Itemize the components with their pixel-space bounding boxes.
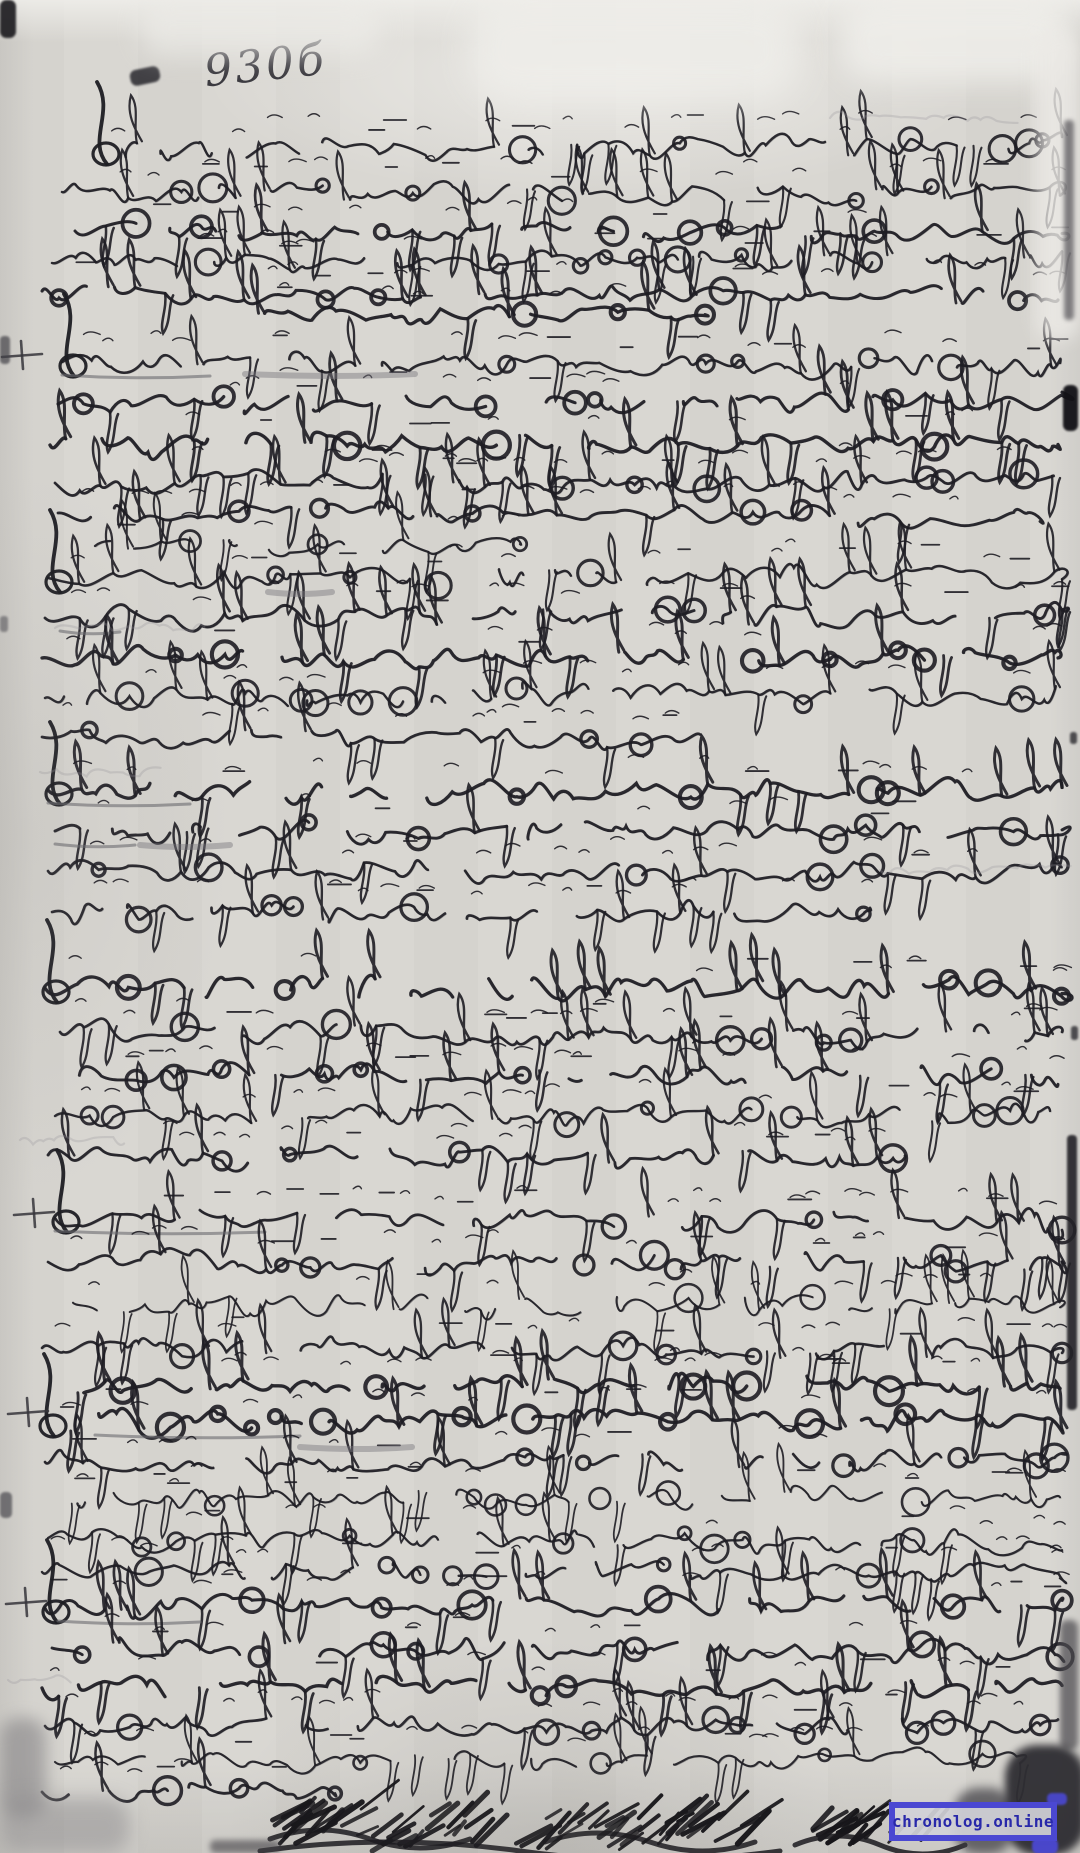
handwriting-flourish — [1017, 1536, 1030, 1539]
handwriting-flourish — [432, 1239, 440, 1242]
handwriting-flourish — [685, 573, 696, 613]
handwriting-flourish — [505, 1162, 516, 1202]
handwriting-flourish — [258, 708, 268, 711]
handwriting-flourish — [845, 1189, 861, 1192]
handwriting-line-echo — [43, 646, 1062, 669]
handwriting-flourish — [487, 99, 499, 147]
handwriting-flourish — [76, 999, 86, 1002]
handwriting-flourish — [120, 837, 137, 840]
handwriting-flourish — [735, 264, 751, 267]
handwriting-flourish — [368, 931, 380, 979]
handwriting-flourish — [222, 1216, 233, 1256]
handwriting-flourish — [275, 331, 289, 334]
handwriting-flourish — [710, 912, 721, 952]
handwriting-flourish — [649, 1283, 664, 1286]
handwriting-flourish — [698, 335, 710, 338]
handwriting-flourish — [417, 1080, 428, 1120]
handwriting-flourish — [642, 107, 654, 155]
handwriting-flourish — [490, 583, 498, 586]
handwriting-flourish — [660, 1695, 671, 1735]
handwriting-flourish — [874, 1464, 886, 1467]
handwriting-flourish — [869, 141, 881, 189]
handwriting-flourish — [614, 1669, 626, 1717]
handwriting-flourish — [795, 791, 806, 831]
showthrough-mark — [20, 1136, 124, 1145]
handwriting-flourish — [639, 1080, 650, 1083]
handwriting-flourish — [822, 269, 833, 272]
handwriting-flourish — [242, 1027, 254, 1075]
handwriting-flourish — [546, 770, 563, 773]
handwriting-flourish — [1002, 1082, 1010, 1085]
handwriting-flourish — [937, 150, 949, 198]
handwriting-line-echo — [49, 565, 1069, 589]
handwriting-flourish — [417, 1640, 429, 1688]
handwriting-flourish — [981, 1273, 991, 1276]
handwriting-flourish — [240, 1134, 250, 1137]
handwriting-flourish — [795, 1663, 805, 1666]
handwriting-flourish — [166, 1049, 175, 1052]
handwriting-flourish — [141, 1543, 157, 1546]
initial-flourish — [64, 294, 74, 376]
handwriting-flourish — [93, 438, 105, 486]
handwriting-flourish — [384, 1230, 395, 1233]
handwriting-flourish — [237, 207, 249, 255]
handwriting-flourish — [1054, 965, 1071, 968]
handwriting-flourish — [1053, 968, 1066, 971]
handwriting-flourish — [912, 1573, 923, 1613]
handwriting-flourish — [244, 1399, 258, 1402]
handwriting-flourish — [763, 1695, 777, 1698]
handwriting-flourish — [519, 333, 537, 336]
handwriting-flourish — [609, 534, 621, 582]
handwriting-flourish — [563, 888, 572, 891]
handwriting-flourish — [200, 1046, 212, 1049]
handwriting-line — [60, 1019, 1062, 1050]
handwriting-flourish — [610, 149, 622, 197]
handwriting-flourish — [366, 1670, 378, 1718]
handwriting-flourish — [294, 1090, 302, 1093]
handwriting-line-echo — [43, 1784, 337, 1803]
handwriting-flourish — [55, 1696, 66, 1736]
handwriting-flourish — [194, 1580, 211, 1583]
handwriting-flourish — [581, 989, 593, 1037]
handwriting-flourish — [473, 713, 484, 716]
smudge-mark — [140, 845, 230, 847]
handwriting-flourish — [170, 1479, 179, 1482]
handwriting-flourish — [1011, 238, 1022, 278]
margin-plus-mark — [33, 1199, 35, 1227]
handwriting-line — [42, 646, 1061, 669]
handwriting-flourish — [198, 1739, 210, 1787]
handwriting-flourish — [153, 1206, 165, 1254]
handwriting-flourish — [773, 1310, 785, 1358]
handwriting-flourish — [697, 968, 713, 971]
handwriting-flourish — [55, 1323, 70, 1326]
handwriting-flourish — [702, 643, 714, 691]
handwriting-flourish — [492, 738, 503, 778]
ink-bleed-hatch — [361, 1780, 398, 1809]
handwriting-flourish — [735, 1123, 745, 1126]
handwriting-flourish — [493, 655, 504, 695]
handwriting-flourish — [769, 1019, 781, 1067]
handwriting-flourish — [71, 1236, 82, 1239]
handwriting-flourish — [77, 1474, 88, 1477]
handwriting-flourish — [190, 489, 205, 492]
handwriting-flourish — [257, 1192, 270, 1195]
handwriting-flourish — [979, 1233, 997, 1236]
handwriting-flourish — [381, 460, 393, 508]
handwriting-flourish — [244, 1075, 256, 1123]
handwriting-flourish — [854, 1651, 865, 1691]
handwriting-flourish — [502, 704, 518, 707]
watermark-badge: chronolog.online — [889, 1802, 1057, 1841]
handwriting-flourish — [611, 837, 625, 840]
handwriting-flourish — [1017, 1047, 1026, 1050]
handwriting-flourish — [1012, 1012, 1020, 1015]
handwriting-flourish — [315, 930, 327, 978]
handwriting-flourish — [80, 1027, 91, 1067]
handwriting-flourish — [357, 1277, 369, 1280]
initial-flourish — [44, 1354, 54, 1436]
handwriting-flourish — [718, 647, 730, 695]
handwriting-flourish — [886, 1309, 897, 1349]
handwriting-flourish — [500, 1133, 512, 1136]
handwriting-flourish — [561, 591, 579, 594]
handwriting-flourish — [335, 619, 346, 659]
handwriting-flourish — [466, 1235, 483, 1238]
handwriting-flourish — [748, 343, 760, 346]
handwriting-flourish — [124, 1010, 135, 1013]
handwriting-flourish — [193, 597, 210, 600]
handwriting-flourish — [154, 493, 166, 541]
handwriting-flourish — [477, 850, 491, 853]
handwriting-flourish — [513, 1550, 525, 1598]
handwriting-flourish — [314, 758, 323, 761]
handwriting-flourish — [816, 1023, 828, 1071]
handwriting-flourish — [443, 374, 455, 377]
handwriting-flourish — [463, 1505, 475, 1508]
handwriting-flourish — [862, 879, 872, 882]
handwriting-flourish — [741, 576, 753, 624]
handwriting-flourish — [939, 983, 951, 1031]
handwriting-flourish — [89, 1282, 99, 1285]
handwriting-flourish — [770, 797, 787, 800]
handwriting-flourish — [458, 994, 470, 1042]
handwriting-flourish — [848, 210, 866, 213]
handwriting-flourish — [684, 249, 696, 297]
handwriting-flourish — [515, 1047, 533, 1050]
handwriting-flourish — [444, 763, 458, 766]
handwriting-flourish — [768, 300, 779, 340]
handwriting-flourish — [717, 1573, 728, 1613]
handwriting-line — [55, 1104, 1050, 1128]
handwriting-flourish — [839, 443, 851, 446]
handwriting-flourish — [971, 1358, 979, 1361]
handwriting-flourish — [308, 114, 319, 117]
handwriting-flourish — [519, 1125, 531, 1128]
handwriting-flourish — [101, 239, 113, 287]
handwriting-flourish — [668, 1037, 679, 1077]
handwriting-flourish — [693, 1021, 705, 1069]
handwriting-flourish — [843, 1012, 858, 1015]
handwriting-flourish — [895, 1258, 906, 1298]
handwriting-flourish — [186, 1512, 201, 1515]
handwriting-flourish — [732, 1758, 743, 1798]
handwriting-flourish — [162, 293, 173, 333]
handwriting-flourish — [1049, 476, 1060, 516]
handwriting-flourish — [786, 539, 795, 542]
handwriting-flourish — [153, 911, 164, 951]
handwriting-flourish — [1051, 1545, 1061, 1548]
handwriting-flourish — [128, 239, 140, 287]
handwriting-flourish — [664, 1009, 675, 1012]
handwriting-flourish — [98, 1468, 109, 1508]
handwriting-flourish — [1054, 1522, 1065, 1525]
handwriting-flourish — [224, 1699, 234, 1702]
handwriting-flourish — [552, 709, 564, 712]
handwriting-flourish — [881, 1281, 895, 1284]
handwriting-flourish — [970, 146, 981, 186]
handwriting-flourish — [182, 1227, 197, 1230]
handwriting-flourish — [1027, 740, 1039, 788]
handwriting-flourish — [390, 453, 404, 456]
handwriting-flourish — [763, 272, 778, 275]
handwriting-flourish — [769, 559, 781, 607]
handwriting-flourish — [854, 436, 866, 484]
handwriting-flourish — [602, 451, 613, 454]
handwriting-flourish — [167, 435, 179, 483]
handwriting-flourish — [292, 1697, 302, 1700]
handwriting-flourish — [591, 1625, 600, 1628]
handwriting-flourish — [459, 459, 475, 462]
handwriting-flourish — [388, 1359, 401, 1362]
handwriting-flourish — [72, 536, 84, 584]
handwriting-flourish — [173, 338, 191, 341]
handwriting-line — [45, 602, 1069, 631]
handwriting-flourish — [255, 185, 267, 233]
handwriting-flourish — [826, 1322, 839, 1325]
handwriting-flourish — [181, 988, 192, 1028]
handwriting-flourish — [790, 1195, 805, 1198]
handwriting-flourish — [197, 475, 208, 515]
handwriting-flourish — [546, 1084, 559, 1087]
handwriting-flourish — [219, 210, 231, 258]
handwriting-flourish — [247, 358, 258, 398]
handwriting-flourish — [95, 1743, 107, 1791]
handwriting-flourish — [802, 1325, 815, 1328]
handwriting-flourish — [603, 379, 619, 382]
initial-flourish — [57, 1150, 67, 1232]
handwriting-flourish — [280, 677, 293, 680]
handwriting-flourish — [573, 1052, 581, 1055]
handwriting-flourish — [940, 656, 951, 696]
handwriting-flourish — [913, 747, 925, 795]
handwriting-flourish — [97, 588, 109, 591]
handwriting-flourish — [777, 1444, 789, 1492]
handwriting-flourish — [806, 1191, 820, 1194]
handwriting-flourish — [529, 883, 545, 886]
handwriting-flourish — [467, 1754, 478, 1794]
handwriting-flourish — [413, 565, 425, 613]
handwriting-flourish — [152, 983, 163, 1023]
handwriting-flourish — [893, 1536, 904, 1576]
handwriting-flourish — [343, 850, 354, 853]
handwriting-flourish — [502, 554, 515, 557]
handwriting-flourish — [91, 841, 104, 844]
handwriting-flourish — [317, 607, 329, 655]
handwriting-flourish — [774, 1219, 785, 1259]
handwriting-flourish — [146, 670, 156, 673]
handwriting-flourish — [530, 1120, 541, 1160]
margin-plus-mark — [27, 1398, 29, 1426]
handwriting-flourish — [219, 906, 230, 946]
handwriting-flourish — [997, 1338, 1009, 1386]
handwriting-flourish — [900, 825, 911, 865]
handwriting-flourish — [452, 332, 462, 335]
handwriting-flourish — [625, 125, 638, 128]
handwriting-flourish — [71, 1723, 82, 1763]
handwriting-flourish — [544, 208, 556, 256]
handwriting-flourish — [294, 1213, 305, 1253]
handwriting-flourish — [341, 1361, 350, 1364]
handwriting-flourish — [337, 152, 349, 200]
handwriting-flourish — [940, 1094, 957, 1097]
handwriting-flourish — [581, 711, 593, 714]
handwriting-flourish — [479, 1659, 490, 1699]
handwriting-flourish — [546, 570, 557, 610]
handwriting-flourish — [487, 710, 496, 713]
word-underline — [55, 844, 135, 847]
handwriting-flourish — [415, 1491, 426, 1531]
handwriting-flourish — [1047, 187, 1058, 227]
handwriting-flourish — [191, 399, 202, 439]
handwriting-flourish — [400, 1191, 409, 1194]
handwriting-flourish — [939, 355, 963, 379]
handwriting-flourish — [950, 1506, 964, 1509]
handwriting-flourish — [776, 1528, 788, 1576]
handwriting-flourish — [129, 95, 141, 143]
manuscript-scan: 930б chronolog.online — [0, 0, 1080, 1853]
handwriting-flourish — [614, 1545, 625, 1585]
handwriting-flourish — [984, 554, 1000, 557]
handwriting-flourish — [528, 1325, 536, 1328]
handwriting-flourish — [929, 1121, 940, 1161]
handwriting-flourish — [212, 1535, 223, 1575]
initial-flourish — [47, 920, 57, 1002]
handwriting-flourish — [263, 1634, 275, 1682]
handwriting-flourish — [224, 676, 236, 679]
handwriting-flourish — [554, 361, 565, 401]
handwriting-flourish — [415, 1310, 427, 1358]
handwriting-line-echo — [49, 1249, 1067, 1276]
handwriting-flourish — [195, 1105, 207, 1153]
handwriting-flourish — [1055, 835, 1066, 875]
handwriting-flourish — [897, 451, 912, 454]
handwriting-flourish — [445, 1759, 456, 1799]
handwriting-flourish — [975, 184, 987, 232]
handwriting-flourish — [706, 1107, 718, 1155]
handwriting-flourish — [151, 331, 161, 334]
handwriting-flourish — [997, 1537, 1007, 1540]
handwriting-flourish — [986, 618, 997, 658]
handwriting-flourish — [94, 880, 107, 883]
handwriting-flourish — [943, 339, 956, 342]
handwriting-flourish — [84, 332, 101, 335]
handwriting-flourish — [437, 1613, 448, 1653]
handwriting-flourish — [959, 1188, 967, 1191]
handwriting-flourish — [199, 1609, 210, 1649]
handwriting-flourish — [725, 465, 737, 513]
handwriting-flourish — [184, 832, 195, 872]
smudge-mark — [268, 592, 332, 594]
handwriting-flourish — [989, 136, 1016, 163]
handwriting-flourish — [330, 1440, 338, 1443]
handwriting-flourish — [866, 393, 878, 441]
handwriting-flourish — [724, 872, 735, 912]
handwriting-flourish — [412, 1393, 425, 1396]
handwriting-flourish — [128, 1440, 138, 1443]
handwriting-flourish — [642, 262, 654, 310]
handwriting-flourish — [501, 1764, 512, 1804]
handwriting-flourish — [584, 1153, 595, 1193]
handwriting-flourish — [288, 507, 299, 547]
handwriting-flourish — [400, 1502, 411, 1542]
handwriting-flourish — [356, 834, 371, 837]
handwriting-flourish — [386, 1261, 398, 1309]
handwriting-flourish — [267, 1047, 282, 1050]
handwriting-flourish — [902, 1683, 913, 1723]
handwriting-flourish — [532, 1667, 544, 1670]
handwriting-flourish — [958, 1318, 974, 1321]
handwriting-flourish — [748, 767, 758, 770]
handwriting-flourish — [744, 159, 757, 162]
handwriting-flourish — [733, 450, 748, 453]
handwriting-flourish — [844, 495, 854, 498]
handwriting-flourish — [51, 1536, 64, 1539]
handwriting-flourish — [737, 105, 749, 153]
handwriting-flourish — [719, 843, 736, 846]
word-underline — [95, 1435, 300, 1438]
handwriting-flourish — [994, 748, 1006, 796]
handwriting-flourish — [665, 711, 679, 714]
handwriting-flourish — [103, 338, 113, 341]
handwriting-flourish — [793, 325, 805, 373]
handwriting-line — [58, 502, 1043, 529]
handwriting-flourish — [330, 880, 341, 883]
handwriting-flourish — [214, 1132, 225, 1135]
handwriting-flourish — [289, 159, 306, 162]
handwriting-flourish — [478, 378, 491, 381]
handwriting-flourish — [835, 1281, 852, 1284]
word-underline — [62, 375, 210, 378]
handwriting-flourish — [560, 1455, 571, 1495]
handwriting-flourish — [273, 436, 285, 484]
showthrough-mark — [40, 767, 161, 776]
handwriting-flourish — [512, 1545, 520, 1548]
handwriting-flourish — [133, 471, 145, 519]
handwriting-flourish — [278, 1595, 290, 1643]
handwriting-flourish — [896, 1273, 912, 1276]
handwriting-flourish — [891, 1170, 903, 1218]
handwriting-flourish — [498, 1379, 509, 1419]
handwriting-flourish — [555, 1050, 571, 1053]
handwriting-flourish — [594, 910, 605, 950]
handwriting-flourish — [963, 1065, 975, 1113]
handwriting-flourish — [764, 1351, 775, 1391]
handwriting-flourish — [542, 1428, 560, 1431]
handwriting-flourish — [499, 482, 510, 522]
handwriting-flourish — [674, 402, 685, 442]
